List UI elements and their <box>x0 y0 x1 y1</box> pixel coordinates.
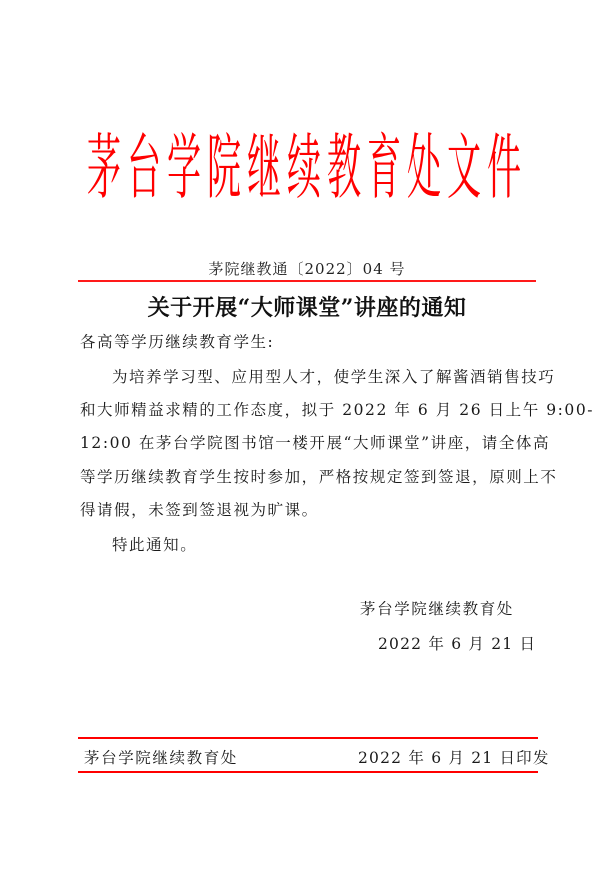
footer-bottom-divider <box>78 771 538 773</box>
masthead-char: 续 <box>287 111 309 226</box>
signature-date: 2022 年 6 月 21 日 <box>378 632 536 654</box>
footer-print-date: 2022 年 6 月 21 日印发 <box>358 746 550 768</box>
masthead-char: 文 <box>447 111 469 226</box>
notice-title: 关于开展“大师课堂”讲座的通知 <box>0 291 614 322</box>
masthead-char: 处 <box>407 111 429 226</box>
salutation: 各高等学历继续教育学生: <box>80 330 274 352</box>
signature-organization: 茅台学院继续教育处 <box>360 597 514 619</box>
body-line: 和大师精益求精的工作态度，拟于 2022 年 6 月 26 日上午 9:00- <box>80 398 594 420</box>
masthead-char: 茅 <box>87 111 109 226</box>
masthead-char: 件 <box>487 111 509 226</box>
masthead-title: 茅 台 学 院 继 续 教 育 处 文 件 <box>78 118 518 218</box>
header-red-divider <box>78 280 536 282</box>
masthead-char: 台 <box>127 111 149 226</box>
footer-issuer: 茅台学院继续教育处 <box>84 746 238 768</box>
masthead-char: 继 <box>247 111 269 226</box>
body-line: 得请假，未签到签退视为旷课。 <box>80 498 319 520</box>
footer-top-divider <box>78 737 538 739</box>
body-line: 12:00 在茅台学院图书馆一楼开展“大师课堂”讲座，请全体高 <box>80 431 550 453</box>
masthead-char: 教 <box>327 111 349 226</box>
masthead-char: 院 <box>207 111 229 226</box>
closing-remark: 特此通知。 <box>112 533 197 555</box>
body-line: 为培养学习型、应用型人才，使学生深入了解酱酒销售技巧 <box>112 365 555 387</box>
masthead-char: 育 <box>367 111 389 226</box>
document-number: 茅院继教通〔2022〕04 号 <box>0 258 614 279</box>
body-line: 等学历继续教育学生按时参加，严格按规定签到签退，原则上不 <box>80 465 557 487</box>
masthead-char: 学 <box>167 111 189 226</box>
document-page: 茅 台 学 院 继 续 教 育 处 文 件 茅院继教通〔2022〕04 号 关于… <box>0 0 614 873</box>
